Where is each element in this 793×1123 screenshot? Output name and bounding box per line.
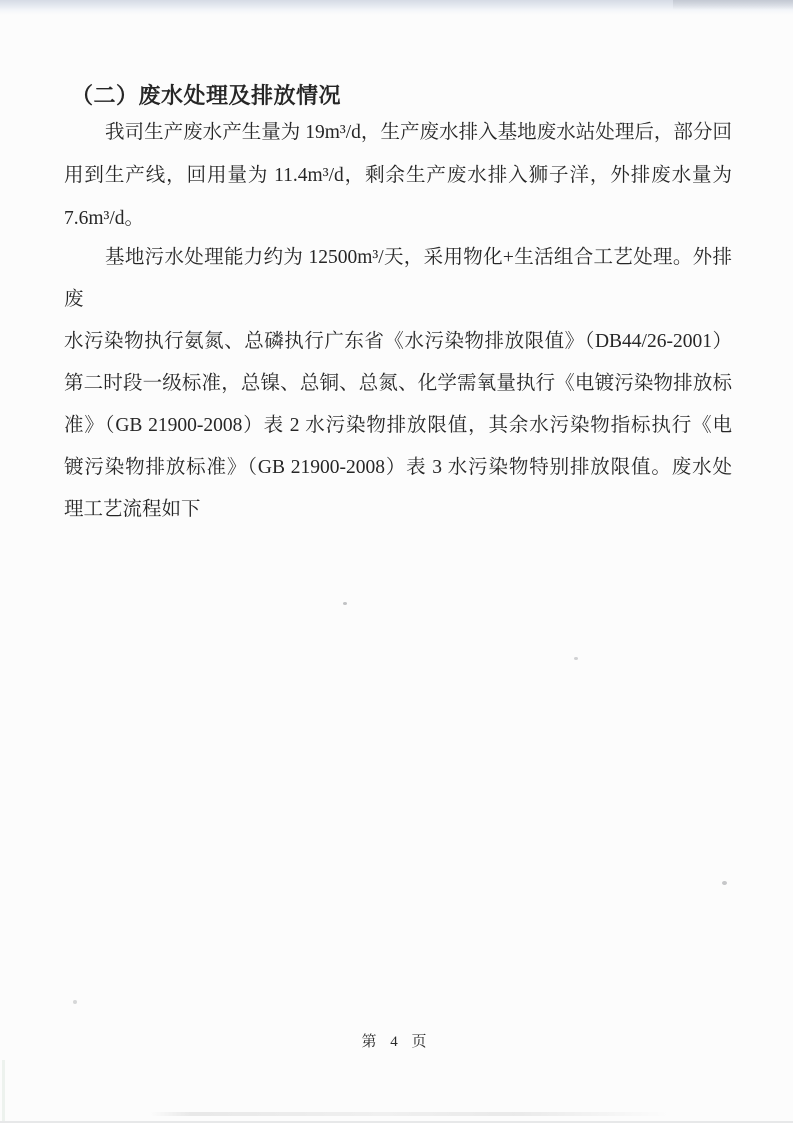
section-heading: （二）废水处理及排放情况 (71, 79, 341, 110)
body-line: 用到生产线，回用量为 11.4m³/d，剩余生产废水排入狮子洋，外排废水量为 (64, 154, 732, 197)
scan-smudge-artifact (150, 1112, 670, 1116)
scanned-document-page: （二）废水处理及排放情况 我司生产废水产生量为 19m³/d，生产废水排入基地废… (0, 0, 793, 1123)
scan-noise-speck (722, 881, 727, 885)
scan-edge-artifact-left (2, 1060, 5, 1121)
scan-noise-speck (574, 657, 578, 660)
paragraph-treatment-standards: 基地污水处理能力约为 12500m³/天，采用物化+生活组合工艺处理。外排废 水… (64, 237, 732, 531)
body-line: 水污染物执行氨氮、总磷执行广东省《水污染物排放限值》（DB44/26-2001） (64, 321, 732, 363)
scan-noise-speck (73, 1000, 77, 1004)
paragraph-wastewater-volumes: 我司生产废水产生量为 19m³/d，生产废水排入基地废水站处理后，部分回 用到生… (64, 111, 732, 240)
body-line: 镀污染物排放标准》（GB 21900-2008）表 3 水污染物特别排放限值。废… (64, 447, 732, 489)
body-line: 7.6m³/d。 (64, 197, 732, 240)
page-number: 第 4 页 (0, 1030, 793, 1051)
body-line: 理工艺流程如下 (64, 489, 732, 531)
scan-edge-artifact-top (0, 0, 793, 15)
body-line: 准》（GB 21900-2008）表 2 水污染物排放限值，其余水污染物指标执行… (64, 405, 732, 447)
body-line: 基地污水处理能力约为 12500m³/天，采用物化+生活组合工艺处理。外排废 (64, 237, 732, 321)
scan-noise-speck (343, 602, 347, 605)
body-line: 第二时段一级标准，总镍、总铜、总氮、化学需氧量执行《电镀污染物排放标 (64, 363, 732, 405)
body-line: 我司生产废水产生量为 19m³/d，生产废水排入基地废水站处理后，部分回 (64, 111, 732, 154)
